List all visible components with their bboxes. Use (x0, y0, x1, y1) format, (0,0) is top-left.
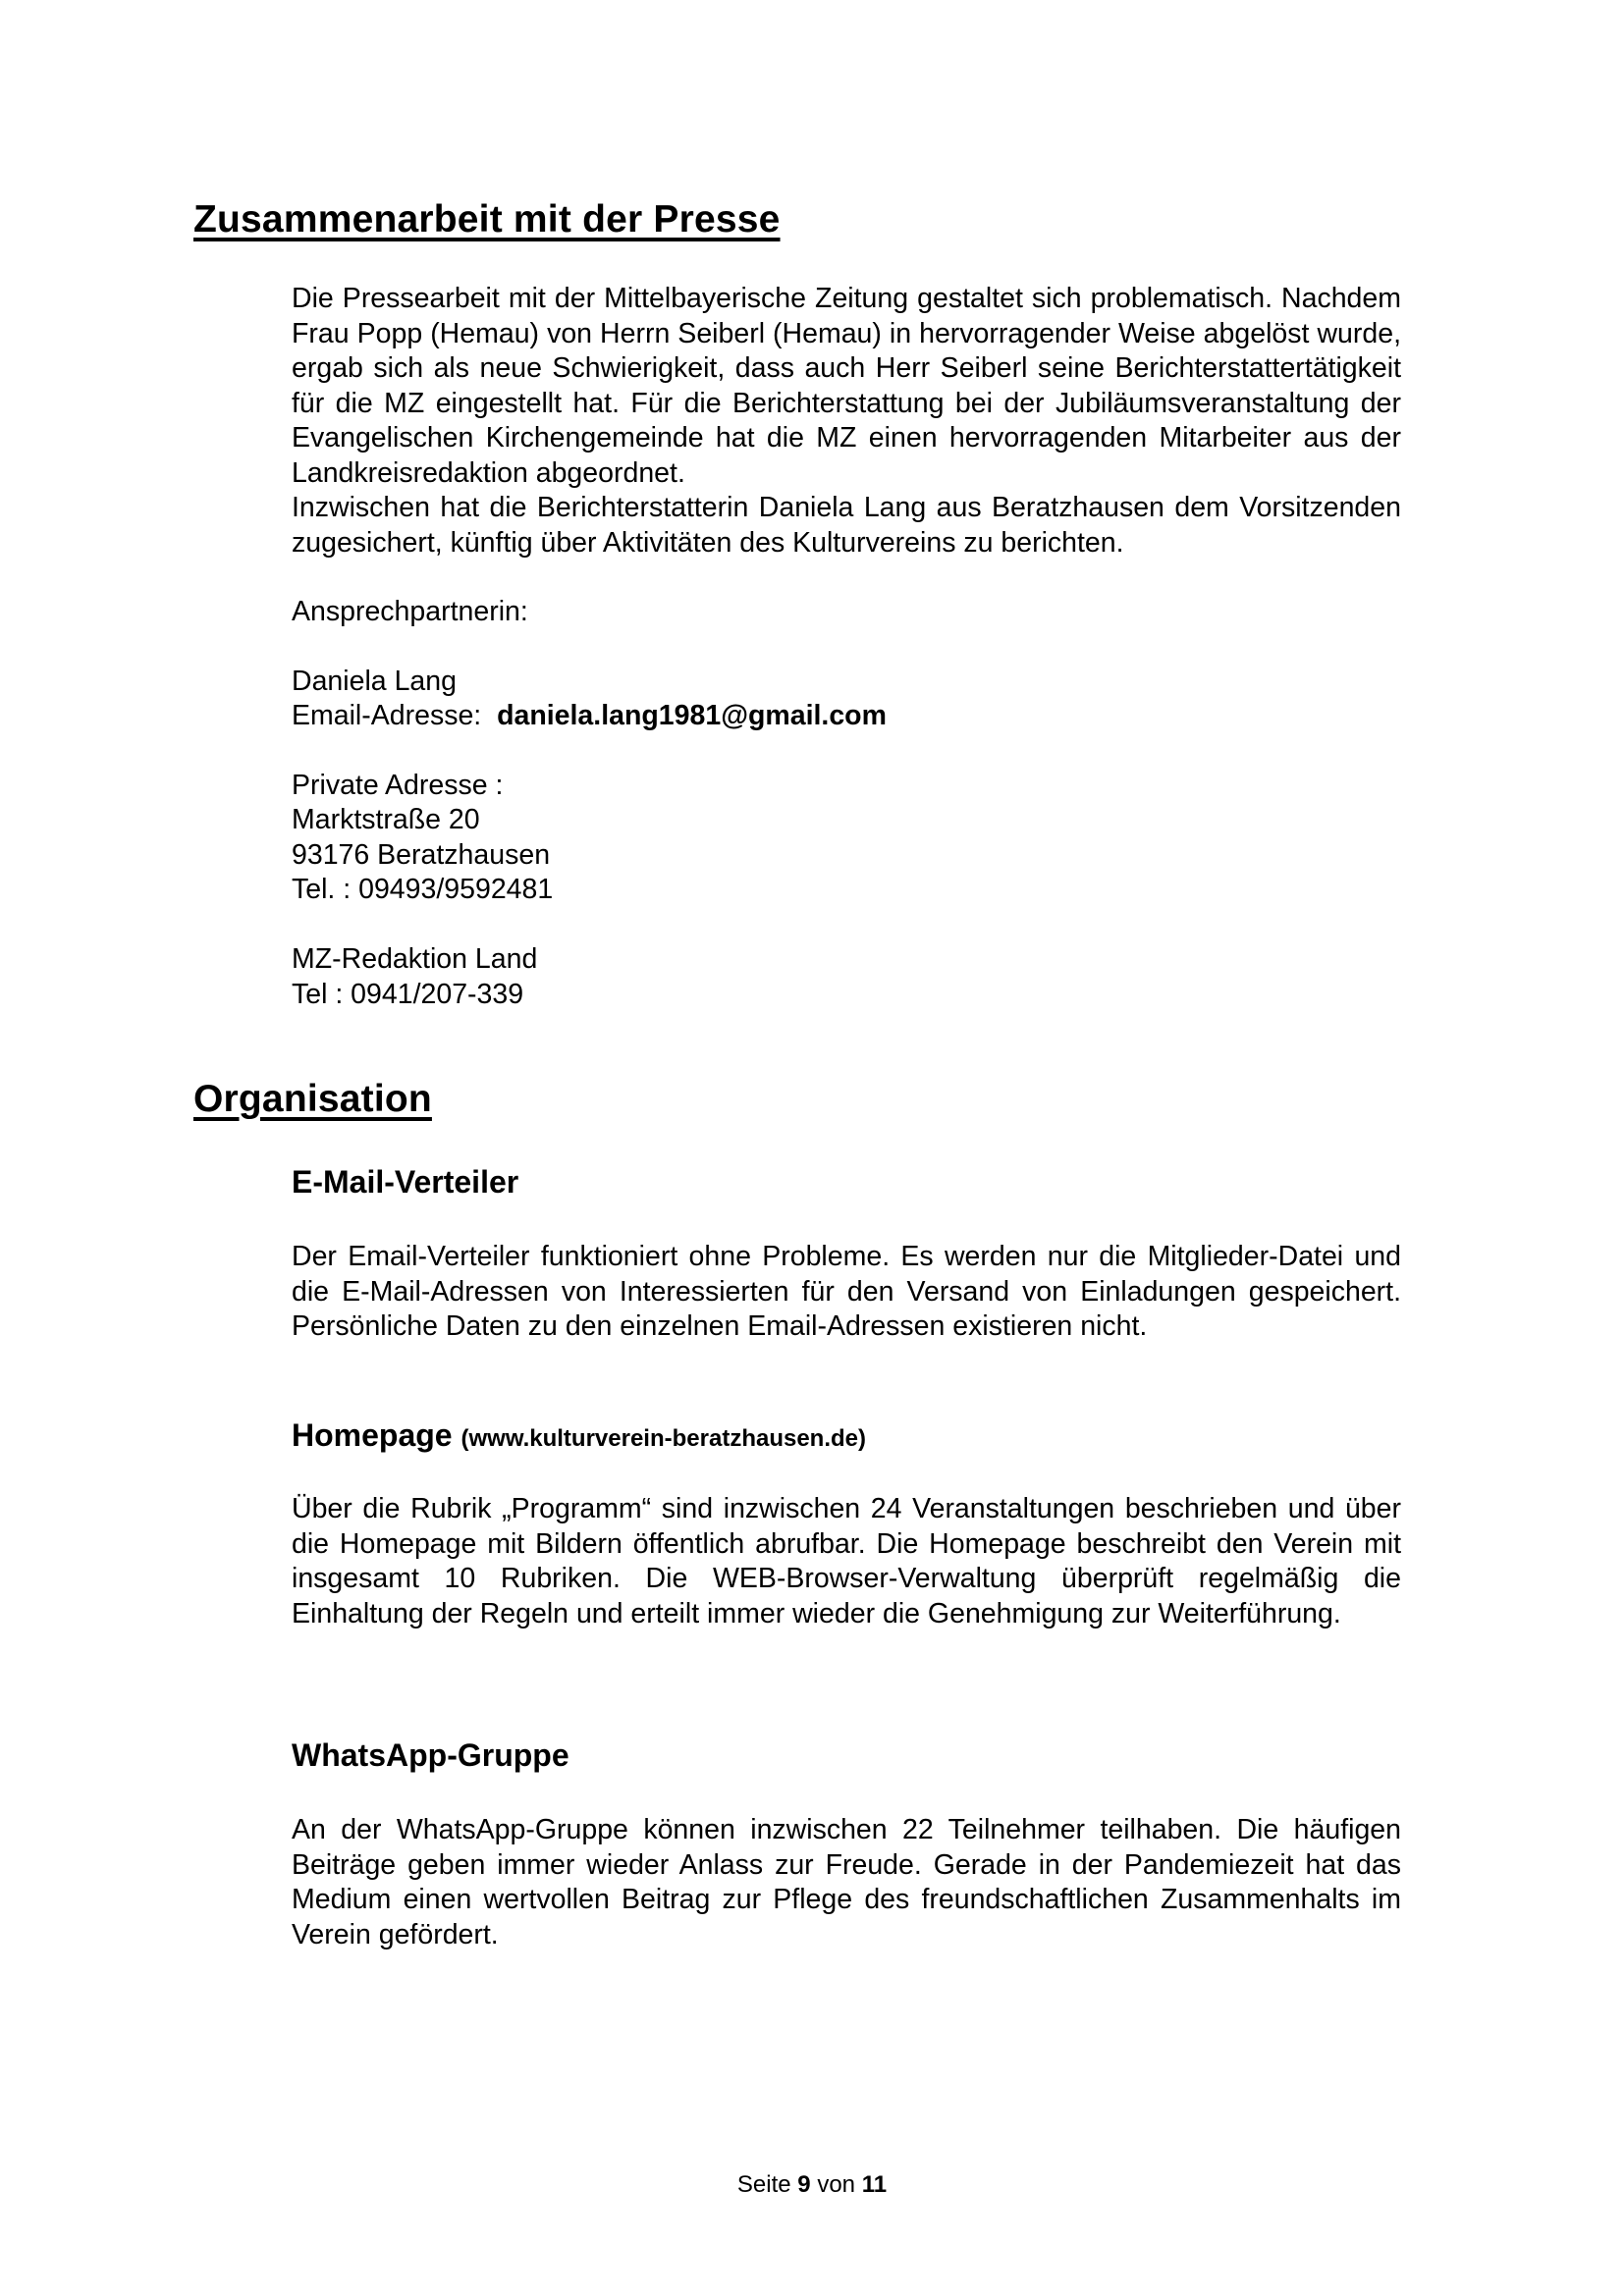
phone-office: Tel : 0941/207-339 (292, 978, 523, 1013)
whatsapp-text: An der WhatsApp-Gruppe können inzwischen… (292, 1813, 1401, 1952)
phone-private: Tel. : 09493/9592481 (292, 873, 553, 908)
heading-email-verteiler: E-Mail-Verteiler (292, 1164, 518, 1201)
heading-organisation: Organisation (193, 1078, 432, 1121)
address-street: Marktstraße 20 (292, 803, 480, 838)
presse-paragraph-2: Inzwischen hat die Berichterstatterin Da… (292, 491, 1401, 561)
heading-whatsapp: WhatsApp-Gruppe (292, 1737, 569, 1774)
footer-prefix: Seite (737, 2171, 791, 2198)
page-footer: Seite 9 von 11 (0, 2171, 1624, 2199)
private-address-label: Private Adresse : (292, 769, 503, 804)
email-verteiler-text: Der Email-Verteiler funktioniert ohne Pr… (292, 1240, 1401, 1345)
address-city: 93176 Beratzhausen (292, 838, 550, 874)
email-label: Email-Adresse: (292, 700, 481, 731)
homepage-title: Homepage (292, 1417, 453, 1453)
contact-label: Ansprechpartnerin: (292, 595, 528, 630)
homepage-url[interactable]: (www.kulturverein-beratzhausen.de) (460, 1425, 866, 1452)
footer-middle: von (817, 2171, 855, 2198)
heading-homepage: Homepage (www.kulturverein-beratzhausen.… (292, 1417, 866, 1454)
presse-paragraph-1: Die Pressearbeit mit der Mittelbayerisch… (292, 282, 1401, 491)
heading-presse: Zusammenarbeit mit der Presse (193, 198, 781, 241)
office-label: MZ-Redaktion Land (292, 942, 537, 978)
presse-body: Die Pressearbeit mit der Mittelbayerisch… (292, 282, 1401, 561)
email-value[interactable]: daniela.lang1981@gmail.com (497, 700, 887, 731)
footer-total-pages: 11 (862, 2171, 887, 2198)
contact-email-row: Email-Adresse: daniela.lang1981@gmail.co… (292, 699, 887, 734)
contact-name: Daniela Lang (292, 665, 457, 700)
homepage-text: Über die Rubrik „Programm“ sind inzwisch… (292, 1492, 1401, 1631)
footer-page-number: 9 (797, 2171, 810, 2198)
